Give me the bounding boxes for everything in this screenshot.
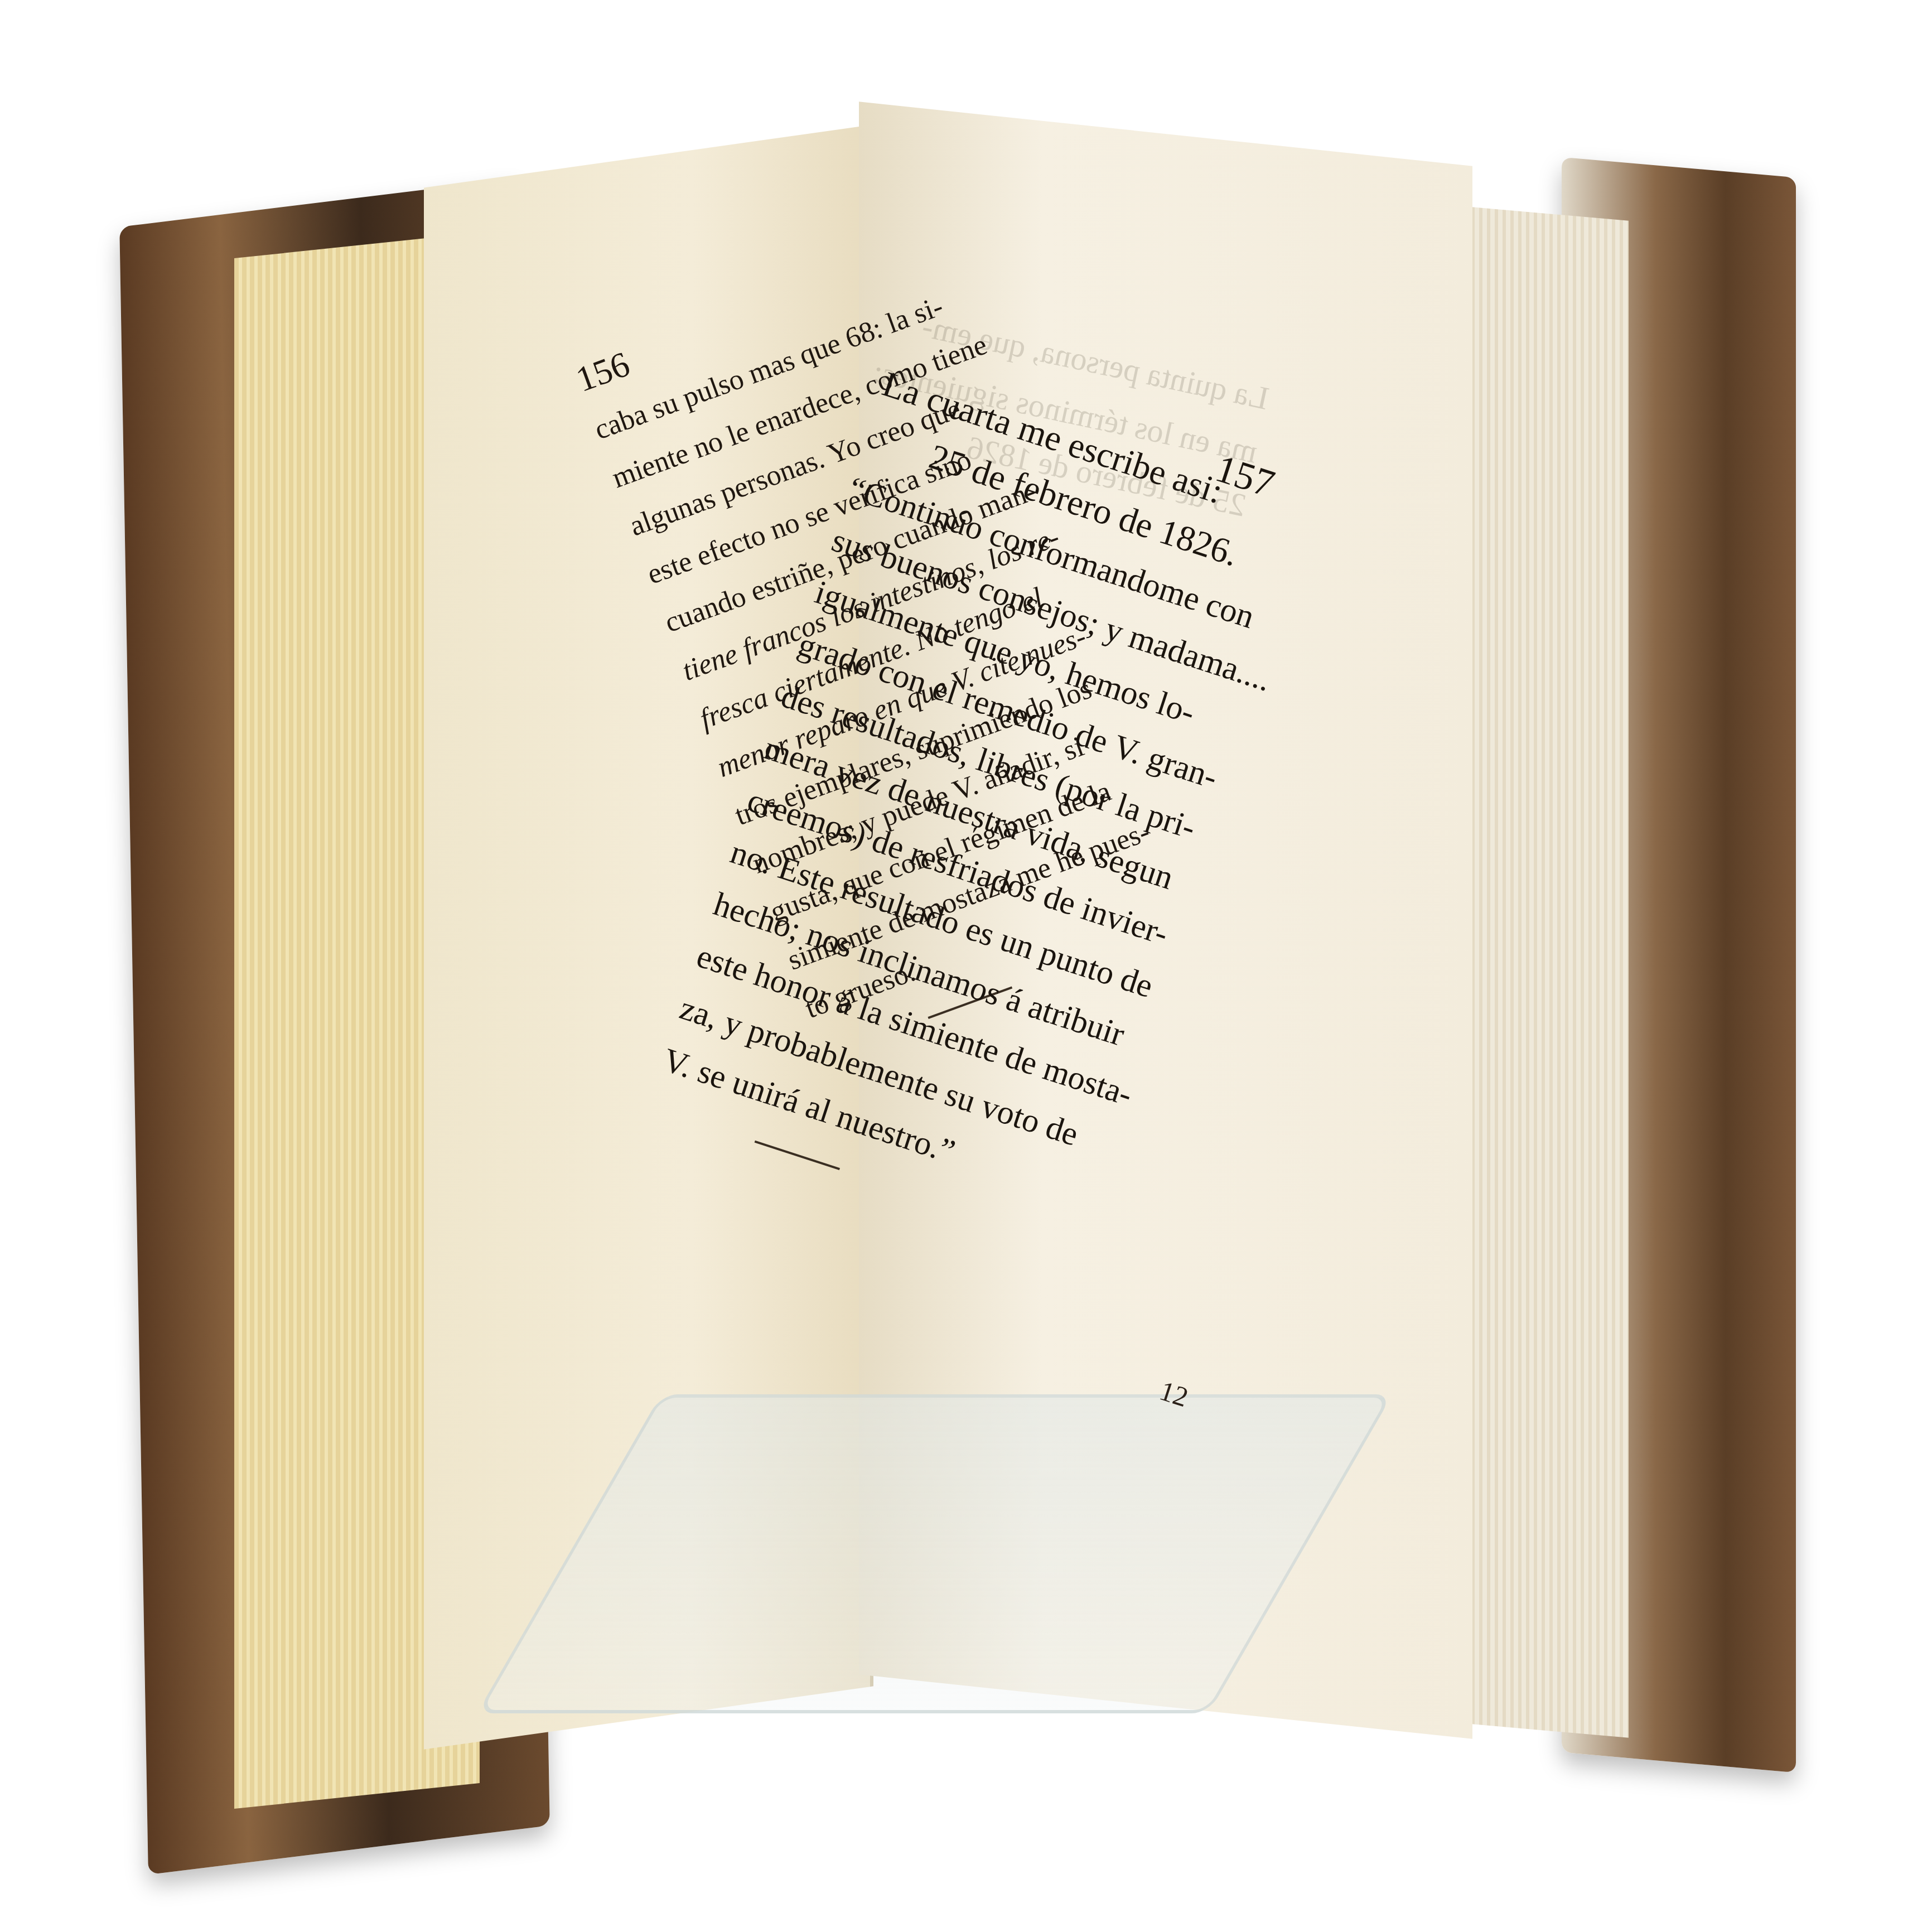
book-photo: La quinta persona, que em- ma en los tér… bbox=[0, 0, 1932, 1932]
